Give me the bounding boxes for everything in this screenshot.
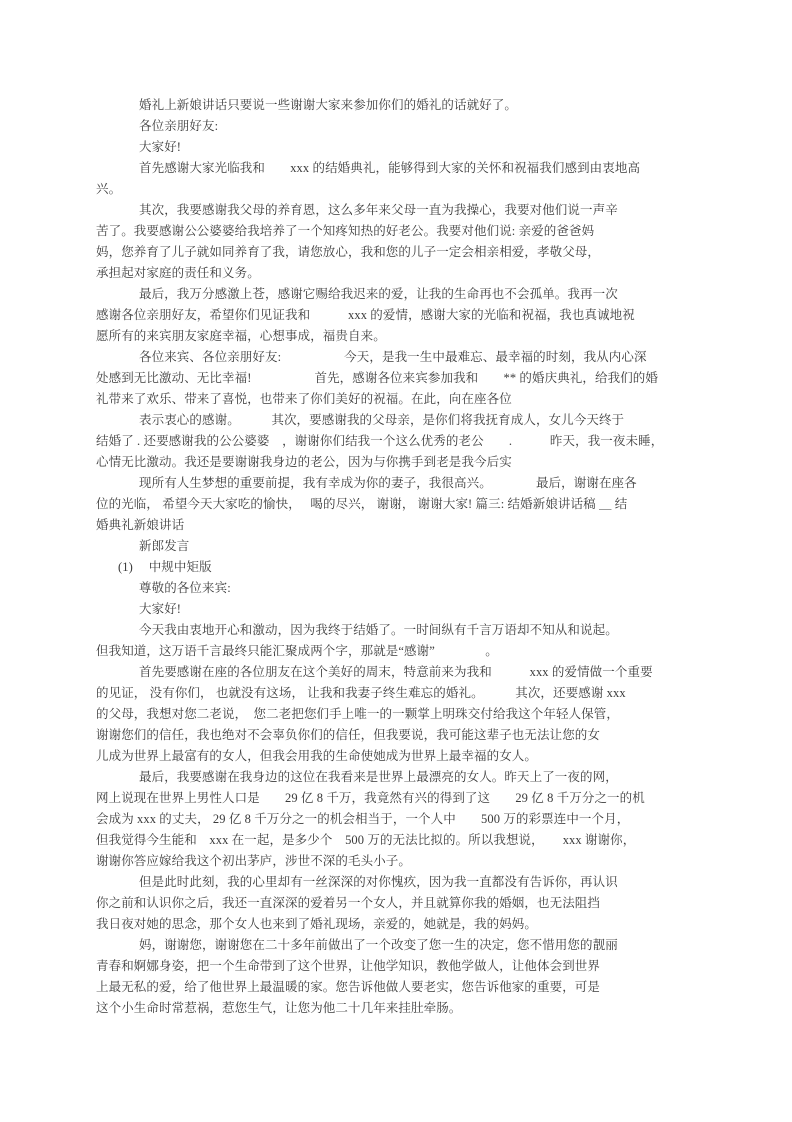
document-text: 婚礼上新娘讲话只要说一些谢谢大家来参加你们的婚礼的话就好了。各位亲朋好友:大家好… <box>96 95 756 1019</box>
text-line: 兴。 <box>96 179 756 200</box>
text-line: 婚典礼新娘讲话 <box>96 515 756 536</box>
text-line: 各位来宾、各位亲朋好友: 今天，是我一生中最难忘、最幸福的时刻，我从内心深 <box>96 347 756 368</box>
text-line: 首先感谢大家光临我和 xxx 的结婚典礼，能够得到大家的关怀和祝福我们感到由衷地… <box>96 158 756 179</box>
text-line: 心情无比激动。我还是要谢谢我身边的老公，因为与你携手到老是我今后实 <box>96 452 756 473</box>
text-line: 结婚了 . 还要感谢我的公公婆婆 ，谢谢你们结我一个这么优秀的老公 . 昨天，我… <box>96 431 756 452</box>
text-line: 婚礼上新娘讲话只要说一些谢谢大家来参加你们的婚礼的话就好了。 <box>96 95 756 116</box>
text-line: 的见证， 没有你们， 也就没有这场， 让我和我妻子终生难忘的婚礼。 其次，还要感… <box>96 683 756 704</box>
text-line: 承担起对家庭的责任和义务。 <box>96 263 756 284</box>
text-line: 苦了。我要感谢公公婆婆给我培养了一个知疼知热的好老公。我要对他们说: 亲爱的爸爸… <box>96 221 756 242</box>
text-line: 各位亲朋好友: <box>96 116 756 137</box>
text-line: 但我知道，这万语千言最终只能汇聚成两个字，那就是“感谢” 。 <box>96 641 756 662</box>
text-line: 但我觉得今生能和 xxx 在一起，是多少个 500 万的无法比拟的。所以我想说，… <box>96 830 756 851</box>
text-line: 但是此时此刻，我的心里却有一丝深深的对你愧疚，因为我一直都没有告诉你，再认识 <box>96 872 756 893</box>
text-line: 大家好! <box>96 137 756 158</box>
text-line: 妈，您养育了儿子就如同养育了我，请您放心，我和您的儿子一定会相亲相爱，孝敬父母， <box>96 242 756 263</box>
document-page: 婚礼上新娘讲话只要说一些谢谢大家来参加你们的婚礼的话就好了。各位亲朋好友:大家好… <box>0 0 792 1122</box>
text-line: (1) 中规中矩版 <box>96 557 756 578</box>
text-line: 大家好! <box>96 599 756 620</box>
text-line: 处感到无比激动、无比幸福! 首先，感谢各位来宾参加我和 ** 的婚庆典礼，给我们… <box>96 368 756 389</box>
text-line: 上最无私的爱，给了他世界上最温暖的家。您告诉他做人要老实，您告诉他家的重要，可是 <box>96 977 756 998</box>
text-line: 首先要感谢在座的各位朋友在这个美好的周末，特意前来为我和 xxx 的爱情做一个重… <box>96 662 756 683</box>
text-line: 感谢各位亲朋好友，希望你们见证我和 xxx 的爱情，感谢大家的光临和祝福，我也真… <box>96 305 756 326</box>
text-line: 的父母，我想对您二老说， 您二老把您们手上唯一的一颗掌上明珠交付给我这个年轻人保… <box>96 704 756 725</box>
text-line: 最后，我万分感激上苍，感谢它赐给我迟来的爱，让我的生命再也不会孤单。我再一次 <box>96 284 756 305</box>
text-line: 愿所有的来宾朋友家庭幸福，心想事成，福贵自来。 <box>96 326 756 347</box>
text-line: 青春和婀娜身姿，把一个生命带到了这个世界，让他学知识，教他学做人，让他体会到世界 <box>96 956 756 977</box>
text-line: 新郎发言 <box>96 536 756 557</box>
text-line: 妈，谢谢您，谢谢您在二十多年前做出了一个改变了您一生的决定，您不惜用您的靓丽 <box>96 935 756 956</box>
text-line: 儿成为世界上最富有的女人，但我会用我的生命使她成为世界上最幸福的女人。 <box>96 746 756 767</box>
text-line: 尊敬的各位来宾: <box>96 578 756 599</box>
text-line: 你之前和认识你之后，我还一直深深的爱着另一个女人，并且就算你我的婚姻，也无法阻挡 <box>96 893 756 914</box>
text-line: 我日夜对她的思念，那个女人也来到了婚礼现场，亲爱的，她就是，我的妈妈。 <box>96 914 756 935</box>
text-line: 礼带来了欢乐、带来了喜悦，也带来了你们美好的祝福。在此，向在座各位 <box>96 389 756 410</box>
text-line: 网上说现在世界上男性人口是 29 亿 8 千万，我竟然有兴的得到了这 29 亿 … <box>96 788 756 809</box>
text-line: 谢谢您们的信任，我也绝对不会辜负你们的信任，但我要说，我可能这辈子也无法让您的女 <box>96 725 756 746</box>
text-line: 谢谢你答应嫁给我这个初出茅庐，涉世不深的毛头小子。 <box>96 851 756 872</box>
text-line: 其次，我要感谢我父母的养育恩，这么多年来父母一直为我操心，我要对他们说一声辛 <box>96 200 756 221</box>
text-line: 会成为 xxx 的丈夫， 29 亿 8 千万分之一的机会相当于，一个人中 500… <box>96 809 756 830</box>
text-line: 现所有人生梦想的重要前提，我有幸成为你的妻子，我很高兴。 最后，谢谢在座各 <box>96 473 756 494</box>
text-line: 表示衷心的感谢。 其次，要感谢我的父母亲，是你们将我抚育成人，女儿今天终于 <box>96 410 756 431</box>
text-line: 位的光临， 希望今天大家吃的愉快， 喝的尽兴， 谢谢， 谢谢大家! 篇三: 结婚… <box>96 494 756 515</box>
text-line: 最后，我要感谢在我身边的这位在我看来是世界上最漂亮的女人。昨天上了一夜的网， <box>96 767 756 788</box>
text-line: 今天我由衷地开心和激动，因为我终于结婚了。一时间纵有千言万语却不知从和说起。 <box>96 620 756 641</box>
text-line: 这个小生命时常惹祸，惹您生气，让您为他二十几年来挂肚牵肠。 <box>96 998 756 1019</box>
